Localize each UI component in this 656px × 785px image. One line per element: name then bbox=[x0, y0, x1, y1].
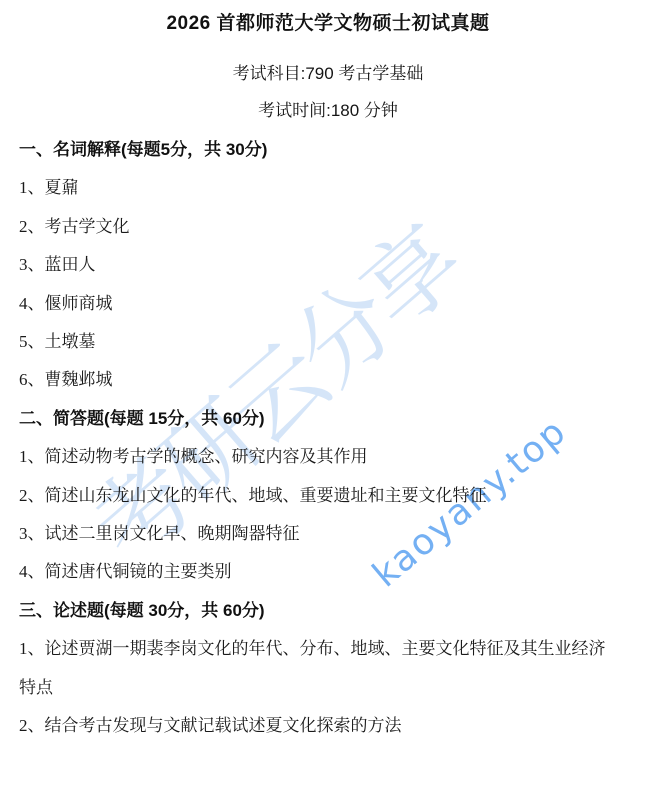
question-item: 2、简述山东龙山文化的年代、地域、重要遗址和主要文化特征 bbox=[19, 477, 609, 515]
section-heading-2: 二、简答题(每题 15分，共 60分) bbox=[19, 400, 609, 438]
exam-paper-page: 考研云分享 kaoyany.top 2026 首都师范大学文物硕士初试真题 考试… bbox=[0, 0, 656, 785]
question-item: 5、土墩墓 bbox=[19, 323, 609, 361]
question-item: 3、试述二里岗文化早、晚期陶器特征 bbox=[19, 515, 609, 553]
question-item: 4、偃师商城 bbox=[19, 285, 609, 323]
question-item: 1、论述贾湖一期裴李岗文化的年代、分布、地域、主要文化特征及其生业经济特点 bbox=[19, 630, 609, 707]
question-item: 6、曹魏邺城 bbox=[19, 361, 609, 399]
question-item: 1、简述动物考古学的概念、研究内容及其作用 bbox=[19, 438, 609, 476]
section-heading-3: 三、论述题(每题 30分，共 60分) bbox=[19, 592, 609, 630]
question-item: 4、简述唐代铜镜的主要类别 bbox=[19, 553, 609, 591]
section-heading-1: 一、名词解释(每题5分，共 30分) bbox=[19, 131, 609, 169]
doc-title: 2026 首都师范大学文物硕士初试真题 bbox=[0, 11, 656, 37]
question-item: 2、考古学文化 bbox=[19, 208, 609, 246]
question-item: 3、蓝田人 bbox=[19, 246, 609, 284]
exam-subject-line: 考试科目:790 考古学基础 bbox=[0, 61, 656, 87]
question-item: 1、夏鼐 bbox=[19, 169, 609, 207]
question-list: 一、名词解释(每题5分，共 30分) 1、夏鼐 2、考古学文化 3、蓝田人 4、… bbox=[19, 131, 609, 746]
question-item: 2、结合考古发现与文献记载试述夏文化探索的方法 bbox=[19, 707, 609, 745]
exam-time-line: 考试时间:180 分钟 bbox=[0, 98, 656, 124]
